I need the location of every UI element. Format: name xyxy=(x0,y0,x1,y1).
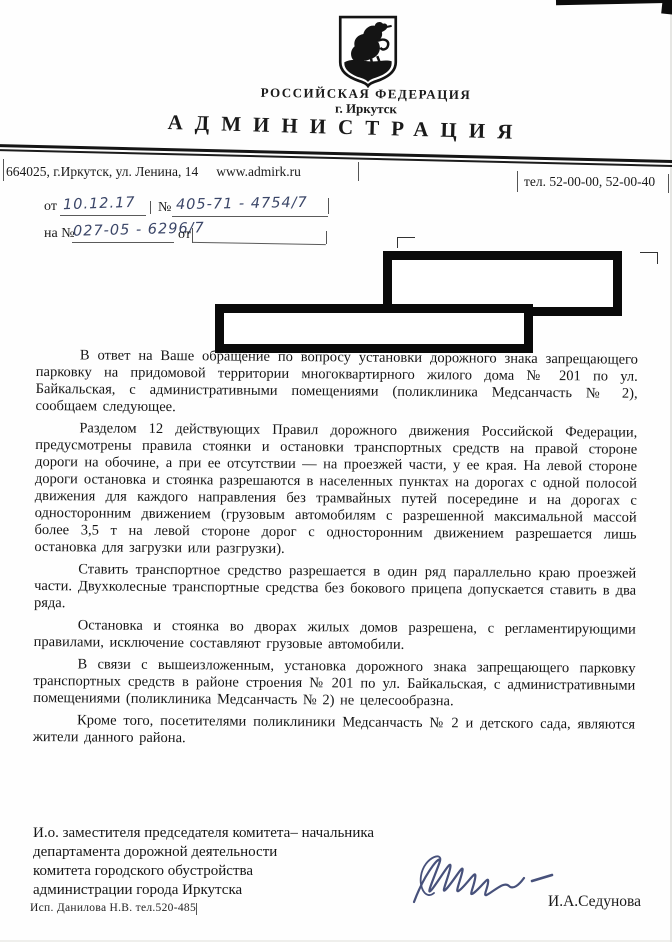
body-paragraph: Остановка и стоянка во дворах жилых домо… xyxy=(34,617,636,656)
redaction-box-lower xyxy=(215,304,533,353)
body-paragraph: В связи с вышеизложенным, установка доро… xyxy=(33,656,635,712)
reply-tick-2 xyxy=(326,231,327,244)
executor-end-tick xyxy=(196,903,197,915)
executor-note: Исп. Данилова Н.В. тел.520-485 xyxy=(30,902,196,914)
signatory-title-line: И.о. заместителя председателя комитета– … xyxy=(33,824,463,843)
body-paragraph: Кроме того, посетителями поликлиники Мед… xyxy=(33,712,635,751)
handwritten-date: 10.12.17 xyxy=(63,195,136,214)
letter-body: В ответ на Ваше обращение по вопросу уст… xyxy=(33,347,638,756)
reply-from-label: от xyxy=(178,227,191,243)
body-paragraph: Разделом 12 действующих Правил дорожного… xyxy=(34,420,637,561)
scanned-letter-page: РОССИЙСКАЯ ФЕДЕРАЦИЯ г. Иркутск АДМИНИСТ… xyxy=(0,0,672,942)
address-separator-tick xyxy=(358,162,359,181)
signatory-title-block: И.о. заместителя председателя комитета– … xyxy=(33,824,463,900)
phone-number: тел. 52-00-00, 52-00-40 xyxy=(524,174,655,190)
handwritten-number: 405-71 - 4754/7 xyxy=(176,195,308,213)
address-left-tick xyxy=(3,159,4,181)
body-paragraph: Ставить транспортное средство разрешаетс… xyxy=(34,561,636,617)
body-paragraph: В ответ на Ваше обращение по вопросу уст… xyxy=(35,347,638,420)
phone-left-tick xyxy=(517,171,518,192)
phone-right-tick xyxy=(668,174,669,193)
scan-artifact-top-corner xyxy=(661,0,672,15)
signatory-title-line: департамента дорожной деятельности xyxy=(33,843,463,862)
addressee-corner-mark-left xyxy=(397,237,415,248)
scan-artifact-top-strip xyxy=(556,0,672,5)
signatory-title-line: комитета городского обустройства xyxy=(33,862,463,881)
reply-from-underline xyxy=(193,227,326,245)
signatory-name: И.А.Седунова xyxy=(548,893,641,911)
ref-number-label: № xyxy=(158,200,171,216)
ref-tick-2 xyxy=(328,198,329,214)
postal-address: 664025, г.Иркутск, ул. Ленина, 14 xyxy=(6,164,198,179)
website: www.admirk.ru xyxy=(216,164,301,179)
addressee-corner-mark-right xyxy=(640,252,658,264)
irkutsk-coat-of-arms-icon xyxy=(337,14,399,88)
ref-date-label: от xyxy=(44,199,57,215)
reply-number-label: на № xyxy=(44,226,75,242)
ref-tick-1 xyxy=(150,201,151,214)
signatory-title-line: администрации города Иркутска xyxy=(33,881,463,900)
address-line: 664025, г.Иркутск, ул. Ленина, 14www.adm… xyxy=(6,164,301,180)
handwritten-signature-icon xyxy=(408,848,558,910)
